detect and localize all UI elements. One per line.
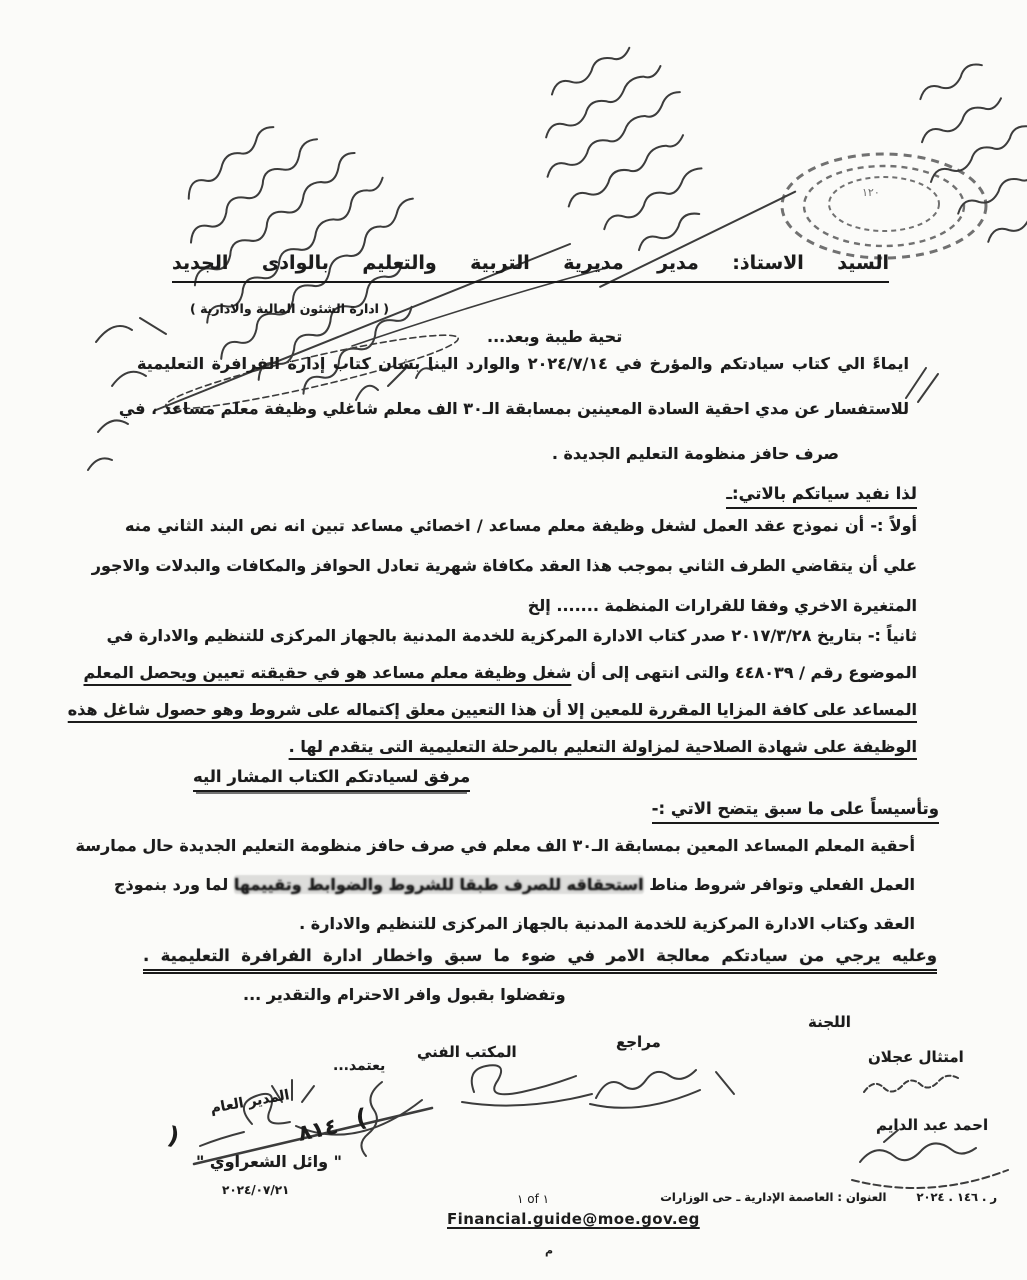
intro-line-2: للاستفسار عن مدي احقية السادة المعينين ب… xyxy=(137,401,909,446)
conclusion-line-2-c: لما ورد بنموذج xyxy=(114,875,234,894)
second-line-1: ثانياً :- بتاريخ ٢٠١٧/٣/٢٨ صدر كتاب الاد… xyxy=(117,628,917,665)
signature-committee-member1 xyxy=(864,1076,958,1092)
signature-date: ٢٠٢٤/٠٧/٢١ xyxy=(222,1183,289,1197)
heading-based-on: وتأسيساً على ما سبق يتضح الاتي :- xyxy=(652,799,939,824)
footer-ref-number: ر . ١٤٦ . ٢٠٢٤ xyxy=(916,1190,997,1204)
intro-line-1: ايماءً الي كتاب سيادتكم والمؤرخ في ٢٠٢٤/… xyxy=(137,356,909,401)
page-indicator: ١ of ١ xyxy=(517,1192,549,1206)
stamp-center-text: ١٢٠ xyxy=(862,186,880,199)
signature-committee-member2 xyxy=(852,1130,1008,1188)
paragraph-first: أولاً :- أن نموذج عقد العمل لشغل وظيفة م… xyxy=(125,518,917,638)
handwritten-note-top-right xyxy=(894,55,1027,255)
conclusion-line-2-a: العمل الفعلي وتوافر شروط مناط xyxy=(644,875,915,894)
footer-mark: م xyxy=(545,1244,553,1257)
scanned-letter-page: السيد الاستاذ: مدير مديرية التربية والتع… xyxy=(0,0,1027,1280)
committee-member1-name: امتثال عجلان xyxy=(868,1048,964,1066)
handwritten-note-top-center xyxy=(510,8,795,287)
second-line-3: المساعد على كافة المزايا المقررة للمعين … xyxy=(117,702,917,739)
heading-attachment: مرفق لسيادتكم الكتاب المشار اليه xyxy=(193,767,470,792)
reviewer-label: مراجع xyxy=(616,1033,661,1051)
technical-office-label: المكتب الفني xyxy=(417,1043,517,1061)
general-manager-label: المدير العام xyxy=(209,1087,290,1117)
second-line-2-underlined: شغل وظيفة معلم مساعد هو في حقيقته تعيين … xyxy=(84,663,572,682)
committee-label: اللجنة xyxy=(808,1013,851,1031)
greeting-line: تحية طيبة وبعد... xyxy=(487,327,622,346)
second-line-2: الموضوع رقم / ٤٤٨٠٣٩ والتى انتهى إلى أن … xyxy=(117,665,917,702)
committee-member2-name: احمد عبد الدايم xyxy=(876,1116,988,1134)
conclusion-line-2-smudged: استحقاقه للصرف طبقا للشروط والضوابط وتقي… xyxy=(234,875,644,894)
recipient-title: السيد الاستاذ: مدير مديرية التربية والتع… xyxy=(172,252,889,283)
conclusion-line-1: أحقية المعلم المساعد المعين بمسابقة الـ٣… xyxy=(120,838,915,877)
paragraph-conclusion: أحقية المعلم المساعد المعين بمسابقة الـ٣… xyxy=(120,838,915,955)
footer-address: العنوان : العاصمة الإدارية ـ حى الوزارات xyxy=(660,1190,886,1204)
paragraph-intro: ايماءً الي كتاب سيادتكم والمؤرخ في ٢٠٢٤/… xyxy=(137,356,909,491)
second-line-2-plain: الموضوع رقم / ٤٤٨٠٣٩ والتى انتهى إلى أن xyxy=(571,663,917,682)
first-line-2: علي أن يتقاضي الطرف الثاني بموجب هذا الع… xyxy=(125,558,917,598)
heading-request-action: وعليه يرجي من سيادتكم معالجة الامر في ضو… xyxy=(143,946,937,974)
footer-email: Financial.guide@moe.gov.eg xyxy=(447,1210,700,1228)
department-subtitle: ( ادارة الشئون المالية والادارية ) xyxy=(190,301,389,316)
signature-reviewer xyxy=(590,1070,734,1108)
oval-stamp xyxy=(782,154,986,258)
heading-therefore: لذا نفيد سياتكم بالاتي:ـ xyxy=(726,484,917,509)
first-line-1: أولاً :- أن نموذج عقد العمل لشغل وظيفة م… xyxy=(125,518,917,558)
handwritten-number: ٨١٤ xyxy=(296,1114,341,1147)
general-manager-name: " وائل الشعراوي " xyxy=(196,1152,342,1171)
paragraph-second: ثانياً :- بتاريخ ٢٠١٧/٣/٢٨ صدر كتاب الاد… xyxy=(117,628,917,776)
handwritten-paren-open: ( xyxy=(165,1121,182,1151)
handwritten-paren-close: ) xyxy=(354,1103,369,1132)
approved-label: يعتمد... xyxy=(333,1058,385,1074)
signature-technical-office xyxy=(462,1065,592,1105)
closing-courtesy: وتفضلوا بقبول وافر الاحترام والتقدير ... xyxy=(243,985,566,1004)
conclusion-line-2: العمل الفعلي وتوافر شروط مناط استحقاقه ل… xyxy=(120,877,915,916)
footer-address-row: ر . ١٤٦ . ٢٠٢٤ العنوان : العاصمة الإداري… xyxy=(660,1190,997,1204)
